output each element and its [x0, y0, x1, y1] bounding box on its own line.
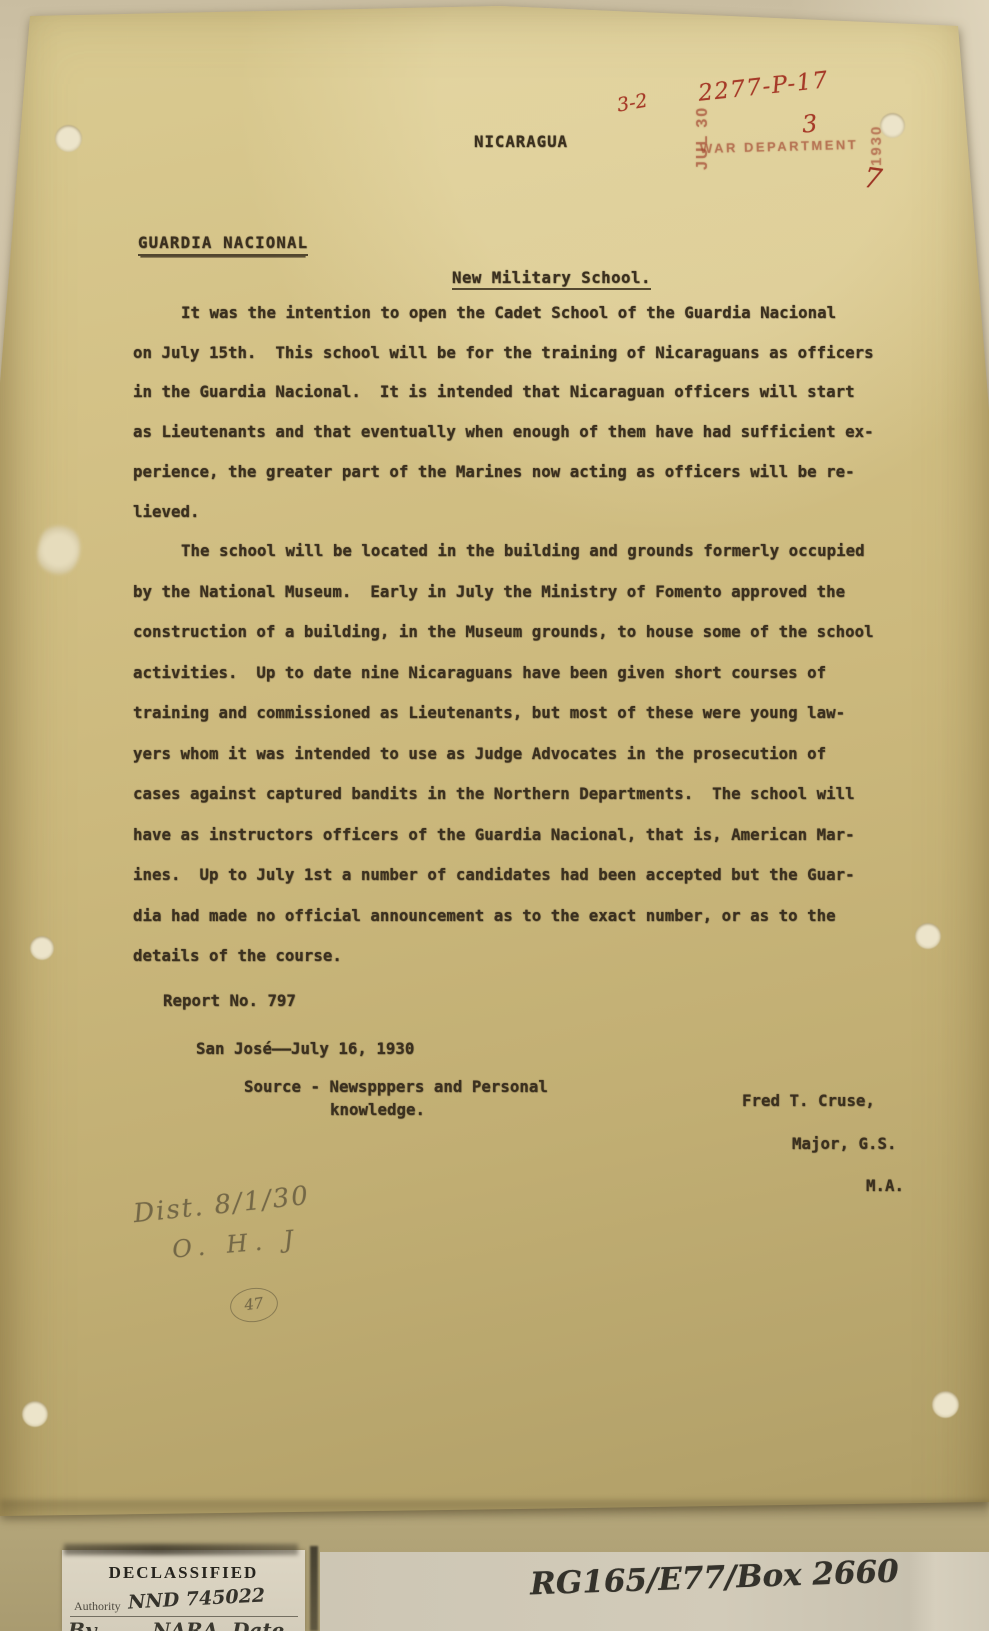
subject-heading: New Military School. — [452, 268, 651, 290]
signature-branch: M.A. — [866, 1176, 904, 1195]
dateline: San José——July 16, 1930 — [196, 1039, 414, 1058]
typed-line: by the National Museum. Early in July th… — [133, 582, 845, 601]
punch-hole — [22, 1401, 48, 1427]
archive-reference-strip: RG165/E77/Box 2660 — [320, 1552, 989, 1631]
typed-line: It was the intention to open the Cadet S… — [133, 303, 836, 322]
typed-line: cases against captured bandits in the No… — [133, 784, 855, 803]
red-pen-number: 3 — [801, 109, 819, 138]
archive-reference-handwriting: RG165/E77/Box 2660 — [529, 1554, 899, 1603]
punch-hole — [932, 1391, 959, 1418]
red-pen-seven: 7 — [862, 161, 884, 196]
document-paper-sheet: JUL 30 1930 WAR DEPARTMENT 3-2 2277-P-17… — [0, 0, 989, 1631]
punch-hole — [55, 125, 82, 152]
paper-chip — [32, 519, 86, 582]
typed-line: details of the course. — [133, 946, 342, 965]
typed-line: on July 15th. This school will be for th… — [133, 343, 874, 362]
punch-hole — [880, 113, 905, 138]
punch-hole — [30, 936, 54, 960]
typed-line: lieved. — [133, 502, 199, 521]
war-department-stamp: WAR DEPARTMENT — [700, 137, 859, 156]
typed-line: training and commissioned as Lieutenants… — [133, 703, 845, 722]
label-crease-line — [310, 1546, 318, 1631]
country-header: NICARAGUA — [474, 132, 568, 151]
section-heading: GUARDIA NACIONAL — [138, 233, 308, 256]
label-edge-smudge — [64, 1544, 298, 1555]
red-pen-file-code: 2277-P-17 — [697, 67, 830, 107]
pencil-initials: O. H. J — [171, 1224, 301, 1263]
authority-label: Authority — [74, 1599, 121, 1614]
illegible-faint-stamp — [0, 0, 178, 10]
typed-line: perience, the greater part of the Marine… — [133, 462, 855, 481]
authority-number-handwriting: NND 745022 — [128, 1584, 266, 1613]
typed-line: ines. Up to July 1st a number of candida… — [133, 865, 855, 884]
signature-rank: Major, G.S. — [792, 1134, 896, 1153]
red-pen-code-left: 3-2 — [615, 90, 649, 117]
typed-line: in the Guardia Nacional. It is intended … — [133, 382, 855, 401]
typed-line: yers whom it was intended to use as Judg… — [133, 744, 826, 763]
declassified-label: DECLASSIFIED Authority NND 745022 By NAR… — [62, 1550, 305, 1631]
partial-cutoff-line: By NARA Date — [68, 1618, 300, 1631]
paper-shadow-wrap: JUL 30 1930 WAR DEPARTMENT 3-2 2277-P-17… — [0, 0, 989, 1631]
scanned-document-photo: JUL 30 1930 WAR DEPARTMENT 3-2 2277-P-17… — [0, 0, 989, 1631]
typed-line: have as instructors officers of the Guar… — [133, 825, 855, 844]
declassified-stamp-text: DECLASSIFIED — [62, 1563, 305, 1583]
typed-line: construction of a building, in the Museu… — [133, 622, 874, 641]
pencil-circled-number: 47 — [228, 1285, 280, 1325]
typed-line: The school will be located in the buildi… — [133, 541, 865, 560]
report-number-line: Report No. 797 — [163, 991, 296, 1010]
source-line-1: Source - Newspppers and Personal — [244, 1077, 548, 1096]
typed-line: dia had made no official announcement as… — [133, 906, 836, 925]
typed-line: as Lieutenants and that eventually when … — [133, 422, 874, 441]
punch-hole — [915, 923, 941, 949]
source-line-2: knowledge. — [330, 1100, 425, 1119]
signature-name: Fred T. Cruse, — [742, 1091, 875, 1110]
paper-bottom-shadow — [0, 1500, 989, 1522]
typed-line: activities. Up to date nine Nicaraguans … — [133, 663, 826, 682]
pencil-distribution-note: Dist. 8/1/30 — [132, 1181, 311, 1229]
